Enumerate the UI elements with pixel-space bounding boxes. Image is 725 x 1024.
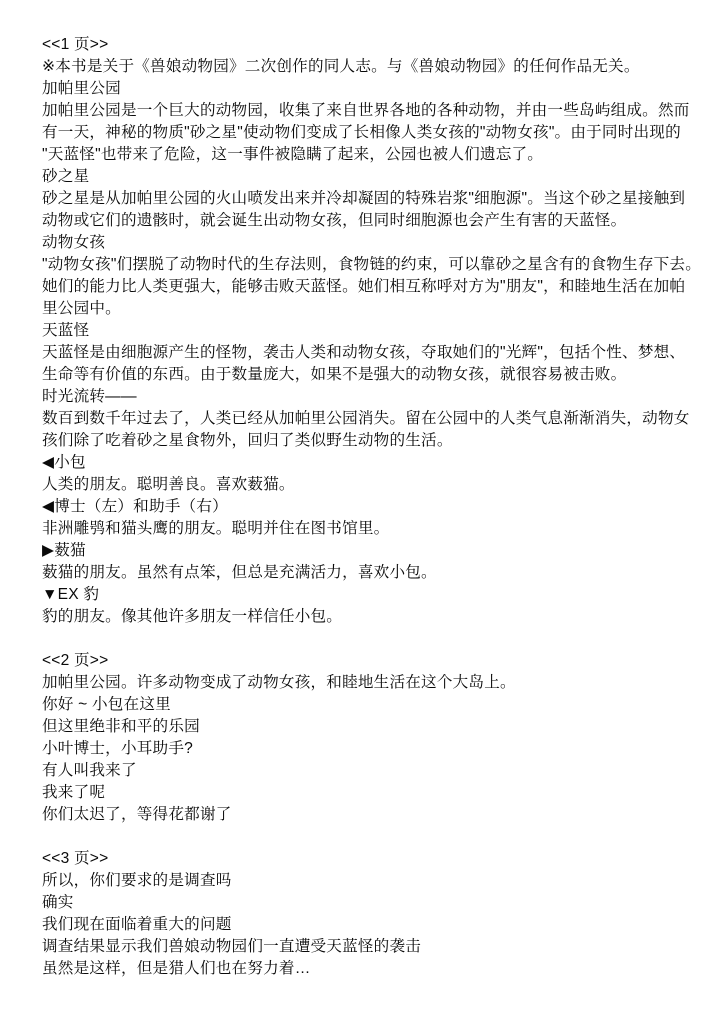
text-line: "天蓝怪"也带来了危险，这一事件被隐瞒了起来，公园也被人们遗忘了。: [42, 144, 699, 166]
text-line: 砂之星: [42, 166, 699, 188]
text-line: 动物女孩: [42, 232, 699, 254]
text-line: 豹的朋友。像其他许多朋友一样信任小包。: [42, 606, 699, 628]
text-line: 确实: [42, 892, 699, 914]
text-line: 里公园中。: [42, 298, 699, 320]
text-line: 动物或它们的遗骸时，就会诞生出动物女孩，但同时细胞源也会产生有害的天蓝怪。: [42, 210, 699, 232]
text-line: 加帕里公园: [42, 78, 699, 100]
text-line: ◀博士（左）和助手（右）: [42, 496, 699, 518]
text-line: 天蓝怪: [42, 320, 699, 342]
blank-line: [42, 628, 699, 650]
text-line: 有一天，神秘的物质"砂之星"使动物们变成了长相像人类女孩的"动物女孩"。由于同时…: [42, 122, 699, 144]
text-line: 调查结果显示我们兽娘动物园们一直遭受天蓝怪的袭击: [42, 936, 699, 958]
page-marker: <<1 页>>: [42, 34, 699, 56]
text-lines-container: <<1 页>>※本书是关于《兽娘动物园》二次创作的同人志。与《兽娘动物园》的任何…: [42, 34, 699, 980]
page-marker: <<3 页>>: [42, 848, 699, 870]
blank-line: [42, 826, 699, 848]
text-line: 孩们除了吃着砂之星食物外，回归了类似野生动物的生活。: [42, 430, 699, 452]
text-line: 薮猫的朋友。虽然有点笨，但总是充满活力，喜欢小包。: [42, 562, 699, 584]
text-line: 虽然是这样，但是猎人们也在努力着…: [42, 958, 699, 980]
text-line: ◀小包: [42, 452, 699, 474]
text-line: 她们的能力比人类更强大，能够击败天蓝怪。她们相互称呼对方为"朋友"，和睦地生活在…: [42, 276, 699, 298]
text-line: 小叶博士，小耳助手?: [42, 738, 699, 760]
text-line: 砂之星是从加帕里公园的火山喷发出来并冷却凝固的特殊岩浆"细胞源"。当这个砂之星接…: [42, 188, 699, 210]
page-marker: <<2 页>>: [42, 650, 699, 672]
text-line: 所以，你们要求的是调查吗: [42, 870, 699, 892]
text-line: ※本书是关于《兽娘动物园》二次创作的同人志。与《兽娘动物园》的任何作品无关。: [42, 56, 699, 78]
text-line: 加帕里公园是一个巨大的动物园，收集了来自世界各地的各种动物，并由一些岛屿组成。然…: [42, 100, 699, 122]
document-page: <<1 页>>※本书是关于《兽娘动物园》二次创作的同人志。与《兽娘动物园》的任何…: [0, 0, 725, 1024]
text-line: 天蓝怪是由细胞源产生的怪物，袭击人类和动物女孩，夺取她们的"光辉"，包括个性、梦…: [42, 342, 699, 364]
text-line: 生命等有价值的东西。由于数量庞大，如果不是强大的动物女孩，就很容易被击败。: [42, 364, 699, 386]
text-line: 我们现在面临着重大的问题: [42, 914, 699, 936]
text-line: 你们太迟了，等得花都谢了: [42, 804, 699, 826]
text-line: 我来了呢: [42, 782, 699, 804]
text-line: 数百到数千年过去了，人类已经从加帕里公园消失。留在公园中的人类气息渐渐消失，动物…: [42, 408, 699, 430]
text-line: "动物女孩"们摆脱了动物时代的生存法则，食物链的约束，可以靠砂之星含有的食物生存…: [42, 254, 699, 276]
text-line: 时光流转——: [42, 386, 699, 408]
text-line: 非洲雕鸮和猫头鹰的朋友。聪明并住在图书馆里。: [42, 518, 699, 540]
text-line: ▼EX 豹: [42, 584, 699, 606]
text-line: ▶薮猫: [42, 540, 699, 562]
text-line: 但这里绝非和平的乐园: [42, 716, 699, 738]
text-line: 你好 ~ 小包在这里: [42, 694, 699, 716]
text-line: 人类的朋友。聪明善良。喜欢薮猫。: [42, 474, 699, 496]
text-line: 加帕里公园。许多动物变成了动物女孩，和睦地生活在这个大岛上。: [42, 672, 699, 694]
text-line: 有人叫我来了: [42, 760, 699, 782]
